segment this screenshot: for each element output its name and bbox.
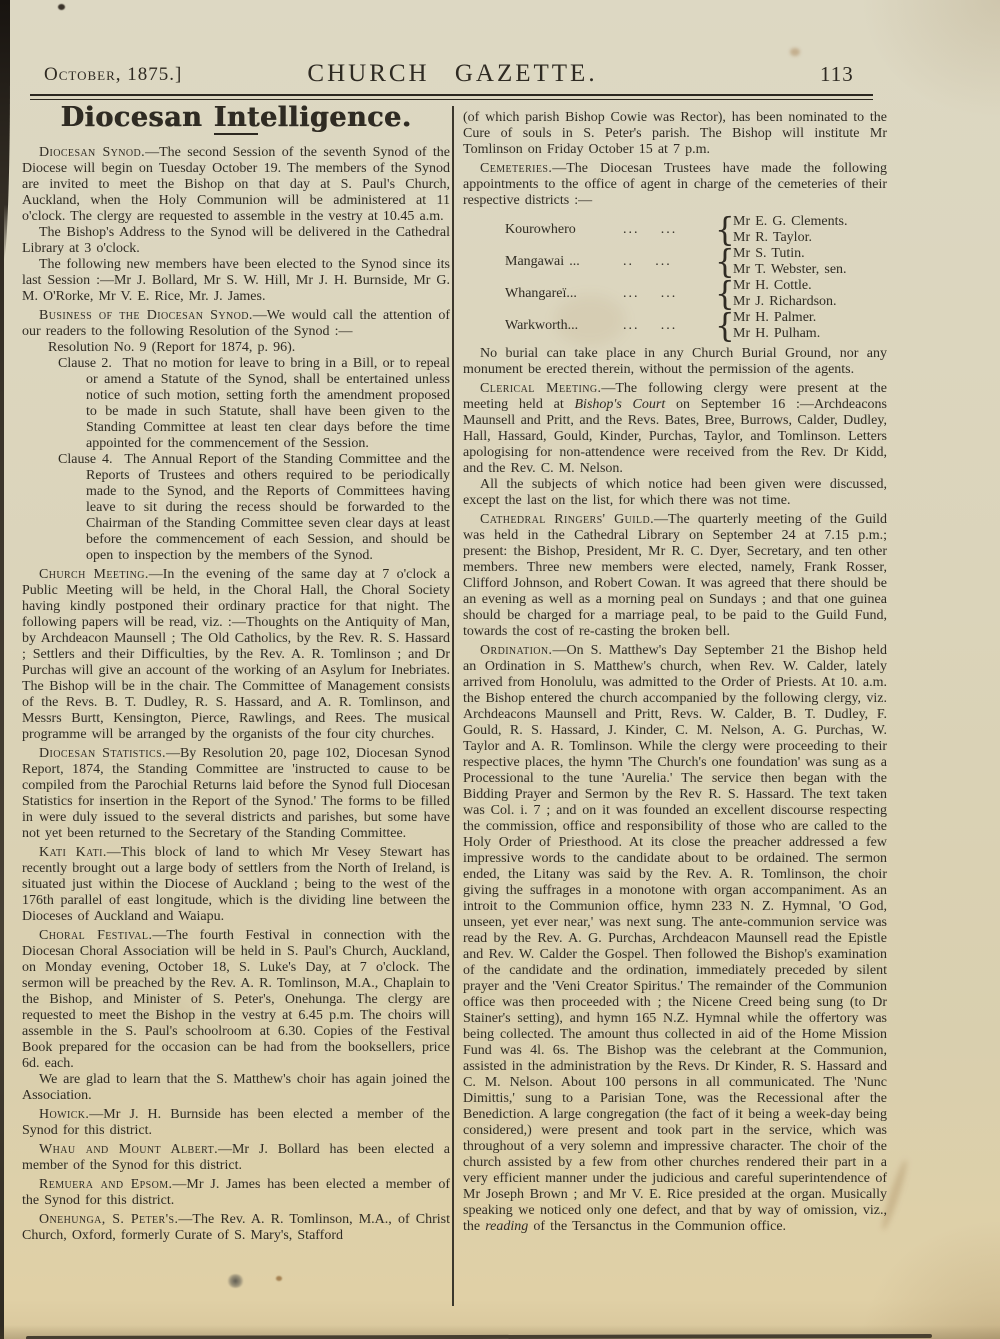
- article-text: We are glad to learn that the S. Matthew…: [22, 1072, 450, 1103]
- corner-shading-bottom-right: [860, 1219, 1000, 1339]
- article-diocesan-statistics: Diocesan Statistics.—By Resolution 20, p…: [22, 746, 450, 842]
- table-row: Mangawai ... .. ... { Mr S. Tutin.Mr T. …: [463, 246, 887, 278]
- leader-dots: .. ...: [623, 254, 715, 270]
- article-lead: Choral Festival.: [39, 928, 152, 943]
- clause-4: Clause 4. The Annual Report of the Stand…: [22, 452, 450, 564]
- article-ordination: Ordination.—On S. Matthew's Day Septembe…: [463, 643, 887, 1235]
- paragraph-new-members: The following new members have been elec…: [22, 257, 450, 305]
- article-text: The Bishop's Address to the Synod will b…: [22, 225, 450, 256]
- page-number: 113: [820, 62, 854, 87]
- scan-edge-left-top: [0, 0, 10, 262]
- paragraph-st-matthews-choir: We are glad to learn that the S. Matthew…: [22, 1072, 450, 1104]
- column-divider-rule: [452, 106, 454, 1306]
- paragraph-no-burial: No burial can take place in any Church B…: [463, 346, 887, 378]
- agent-name: Mr H. Palmer.: [733, 310, 820, 326]
- article-text: of the Tersanctus in the Communion offic…: [528, 1219, 786, 1234]
- newspaper-page: October, 1875.] CHURCH GAZETTE. 113 Dioc…: [0, 0, 1000, 1339]
- paragraph-subjects-discussed: All the subjects of which notice had bee…: [463, 477, 887, 509]
- leader-dots: ... ...: [623, 318, 715, 334]
- brace-glyph: {: [715, 246, 729, 278]
- article-howick: Howick.—Mr J. H. Burnside has been elect…: [22, 1107, 450, 1139]
- article-kati-kati: Kati Kati.—This block of land to which M…: [22, 845, 450, 925]
- article-choral-festival: Choral Festival.—The fourth Festival in …: [22, 928, 450, 1072]
- agent-name: Mr S. Tutin.: [733, 246, 847, 262]
- article-lead: Cemeteries.: [480, 161, 552, 176]
- agent-names: Mr E. G. Clements.Mr R. Taylor.: [729, 214, 847, 246]
- article-lead: Ordination.: [480, 643, 552, 658]
- leader-dots: ... ...: [623, 286, 715, 302]
- article-lead: Diocesan Synod.: [39, 145, 145, 160]
- foxing-spot: [276, 1276, 282, 1281]
- article-whau-mount-albert: Whau and Mount Albert.—Mr J. Bollard has…: [22, 1142, 450, 1174]
- article-text: The following new members have been elec…: [22, 257, 450, 304]
- clause-label: Clause 4.: [58, 452, 113, 467]
- article-cathedral-ringers-guild: Cathedral Ringers' Guild.—The quarterly …: [463, 512, 887, 640]
- cemetery-district: Whangareï...: [463, 286, 623, 302]
- agent-names: Mr H. Cottle.Mr J. Richardson.: [729, 278, 837, 310]
- resolution-reference: Resolution No. 9 (Report for 1874, p. 96…: [22, 340, 450, 356]
- cemeteries-table: Kourowhero ... ... { Mr E. G. Clements.M…: [463, 214, 887, 342]
- italic-phrase: Bishop's Court: [575, 397, 666, 412]
- article-lead: Onehunga, S. Peter's.: [39, 1212, 178, 1227]
- italic-phrase: reading: [485, 1219, 528, 1234]
- cemetery-district: Warkworth...: [463, 318, 623, 334]
- article-remuera-epsom: Remuera and Epsom.—Mr J. James has been …: [22, 1177, 450, 1209]
- leader-dots: ... ...: [623, 222, 715, 238]
- article-lead: Cathedral Ringers' Guild.: [480, 512, 654, 527]
- article-text: (of which parish Bishop Cowie was Rector…: [463, 110, 887, 157]
- cemetery-district: Mangawai ...: [463, 254, 623, 270]
- corner-shading-top-right: [860, 0, 1000, 120]
- clause-label: Clause 2.: [58, 356, 112, 371]
- table-row: Warkworth... ... ... { Mr H. Palmer.Mr H…: [463, 310, 887, 342]
- article-lead: Clerical Meeting.: [480, 381, 601, 396]
- article-text: No burial can take place in any Church B…: [463, 346, 887, 377]
- paragraph-bishops-address: The Bishop's Address to the Synod will b…: [22, 225, 450, 257]
- article-lead: Kati Kati.: [39, 845, 107, 860]
- cemetery-district: Kourowhero: [463, 222, 623, 238]
- right-column: (of which parish Bishop Cowie was Rector…: [463, 110, 887, 1235]
- foxing-spot: [790, 48, 800, 56]
- article-lead: Diocesan Statistics.: [39, 746, 166, 761]
- table-row: Whangareï... ... ... { Mr H. Cottle.Mr J…: [463, 278, 887, 310]
- clause-2: Clause 2. That no motion for leave to br…: [22, 356, 450, 452]
- paragraph-continuation: (of which parish Bishop Cowie was Rector…: [463, 110, 887, 158]
- article-lead: Whau and Mount Albert.: [39, 1142, 218, 1157]
- article-text: —The fourth Festival in connection with …: [22, 928, 450, 1071]
- article-text: —The quarterly meeting of the Guild was …: [463, 512, 887, 639]
- agent-name: Mr H. Pulham.: [733, 326, 820, 342]
- article-lead: Remuera and Epsom.: [39, 1177, 172, 1192]
- article-lead: Howick.: [39, 1107, 89, 1122]
- brace-glyph: {: [715, 310, 729, 342]
- section-heading: Diocesan Intelligence.: [22, 110, 450, 126]
- left-column: Diocesan Intelligence. Diocesan Synod.—T…: [22, 106, 450, 1244]
- table-row: Kourowhero ... ... { Mr E. G. Clements.M…: [463, 214, 887, 246]
- pencil-smudge: [227, 1274, 244, 1288]
- article-clerical-meeting: Clerical Meeting.—The following clergy w…: [463, 381, 887, 477]
- article-church-meeting: Church Meeting.—In the evening of the sa…: [22, 567, 450, 743]
- article-text: Resolution No. 9 (Report for 1874, p. 96…: [48, 340, 295, 355]
- article-text: —On S. Matthew's Day September 21 the Bi…: [463, 643, 887, 1234]
- agent-names: Mr S. Tutin.Mr T. Webster, sen.: [729, 246, 847, 278]
- clause-text: The Annual Report of the Standing Commit…: [86, 452, 450, 563]
- agent-name: Mr R. Taylor.: [733, 230, 847, 246]
- header-double-rule: [30, 94, 873, 100]
- article-lead: Church Meeting.: [39, 567, 149, 582]
- article-text: —In the evening of the same day at 7 o'c…: [22, 567, 450, 742]
- clause-text: That no motion for leave to bring in a B…: [86, 356, 450, 451]
- article-lead: Business of the Diocesan Synod.: [39, 308, 253, 323]
- heading-rule: [214, 133, 258, 135]
- article-diocesan-synod: Diocesan Synod.—The second Session of th…: [22, 145, 450, 225]
- brace-glyph: {: [715, 214, 729, 246]
- article-business-of-synod: Business of the Diocesan Synod.—We would…: [22, 308, 450, 340]
- agent-name: Mr E. G. Clements.: [733, 214, 847, 230]
- brace-glyph: {: [715, 278, 729, 310]
- agent-names: Mr H. Palmer.Mr H. Pulham.: [729, 310, 820, 342]
- article-cemeteries: Cemeteries.—The Diocesan Trustees have m…: [463, 161, 887, 209]
- agent-name: Mr H. Cottle.: [733, 278, 837, 294]
- article-text: All the subjects of which notice had bee…: [463, 477, 887, 508]
- agent-name: Mr J. Richardson.: [733, 294, 837, 310]
- article-onehunga-st-peters: Onehunga, S. Peter's.—The Rev. A. R. Tom…: [22, 1212, 450, 1244]
- scan-edge-bottom: [26, 1334, 932, 1339]
- masthead-title: CHURCH GAZETTE.: [30, 60, 875, 88]
- ink-speck: [58, 4, 65, 10]
- agent-name: Mr T. Webster, sen.: [733, 262, 847, 278]
